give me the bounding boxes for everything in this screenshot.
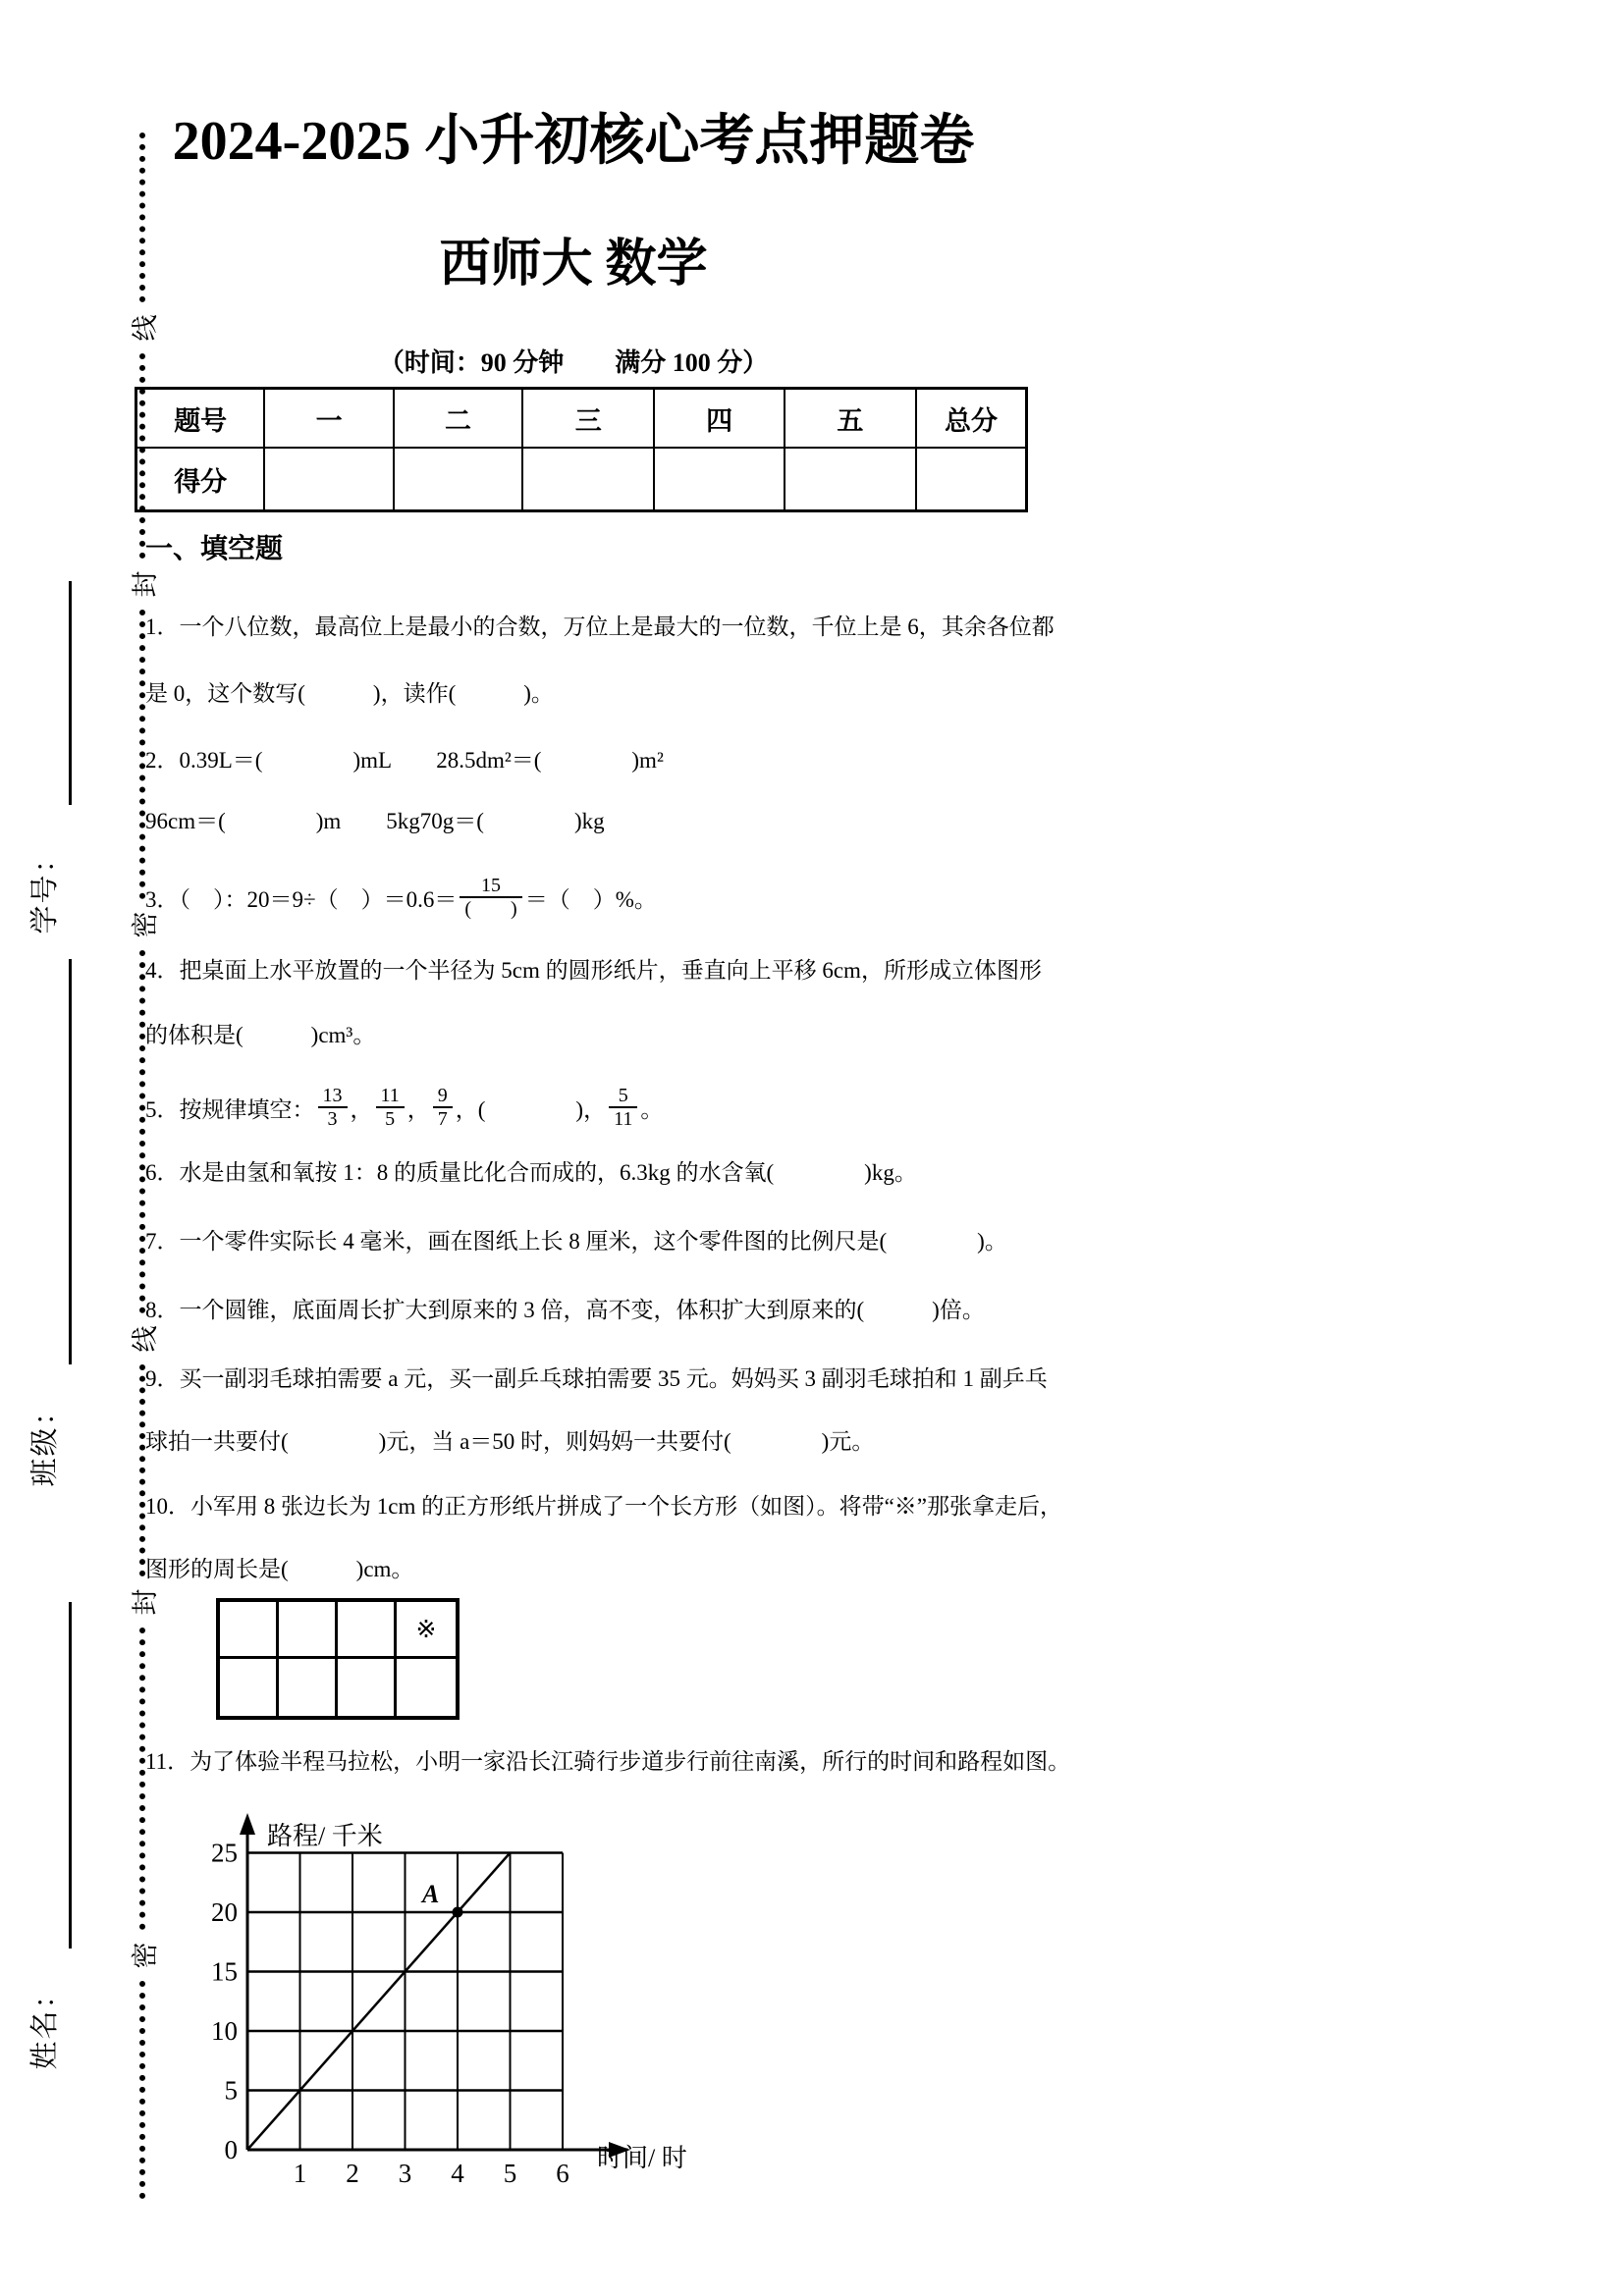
question-8: 8．一个圆锥，底面周长扩大到原来的 3 倍，高不变，体积扩大到原来的( )倍。: [145, 1294, 985, 1327]
fraction-denominator: 3: [318, 1108, 348, 1130]
x-tick-label: 4: [451, 2159, 464, 2188]
distance-line-series: [247, 1853, 511, 2151]
score-table-header-row: 题号 一 二 三 四 五 总分: [136, 389, 1027, 449]
time-and-score-note: （时间：90 分钟 满分 100 分）: [145, 344, 1001, 383]
x-axis-title: 时间/ 时: [597, 2144, 687, 2172]
grid-cell: [397, 1659, 456, 1716]
fraction-numerator: 11: [376, 1085, 405, 1108]
x-tick-label: 6: [556, 2159, 569, 2188]
question-2-line-1: 2．0.39L＝( )mL 28.5dm²＝( )m²: [145, 744, 664, 777]
score-table-header-cell: 三: [522, 389, 654, 449]
fraction-numerator: 13: [318, 1085, 348, 1108]
point-A-label: A: [420, 1880, 439, 1908]
fraction-numerator: 9: [433, 1085, 453, 1108]
score-cell: [654, 448, 784, 511]
y-tick-label: 5: [225, 2076, 239, 2106]
fraction-denominator: 7: [433, 1108, 453, 1130]
grid-cell: [338, 1602, 397, 1659]
paper-subject-title: 西师大 数学: [145, 229, 1001, 301]
paper-title: 2024-2025 小升初核心考点押题卷: [145, 101, 1001, 182]
score-table-header-cell: 二: [394, 389, 522, 449]
y-tick-label: 25: [211, 1839, 238, 1868]
question-9-line-1: 9．买一副羽毛球拍需要 a 元，买一副乒乓球拍需要 35 元。妈妈买 3 副羽毛…: [145, 1362, 1048, 1396]
y-tick-label: 15: [211, 1957, 238, 1987]
fraction: 15( ): [460, 875, 521, 920]
class-label: 班级：: [27, 1382, 63, 1500]
fraction-numerator: 15: [460, 875, 521, 898]
name-blank-line: [69, 1602, 72, 1949]
fraction-denominator: 5: [376, 1108, 405, 1130]
section-heading: 一、填空题: [145, 532, 283, 567]
y-tick-label: 20: [211, 1897, 238, 1927]
fraction-denominator: ( ): [460, 898, 521, 920]
student-number-label: 学号：: [27, 829, 63, 947]
grid-cell: [220, 1602, 279, 1659]
grid-cell: [279, 1602, 338, 1659]
grid-cell: [220, 1659, 279, 1716]
score-table-score-row: 得分: [136, 448, 1027, 511]
name-label: 姓名：: [27, 1965, 63, 2083]
x-tick-label: 1: [294, 2159, 307, 2188]
score-table-header-cell: 四: [654, 389, 784, 449]
student-number-blank-line: [69, 581, 72, 805]
score-table-header-cell: 总分: [916, 389, 1026, 449]
question-10-line-2: 图形的周长是( )cm。: [145, 1553, 413, 1586]
score-cell: [785, 448, 916, 511]
question-1-line-2: 是 0，这个数写( )，读作( )。: [145, 677, 554, 711]
score-table: 题号 一 二 三 四 五 总分 得分: [135, 387, 1028, 512]
score-cell: [394, 448, 522, 511]
class-blank-line: [69, 959, 72, 1364]
fraction: 115: [376, 1085, 405, 1130]
question-10-grid-figure: ※: [216, 1598, 460, 1720]
question-4-line-2: 的体积是( )cm³。: [145, 1019, 375, 1052]
score-cell: [522, 448, 654, 511]
y-axis-title: 路程/ 千米: [267, 1822, 383, 1850]
grid-cell: [279, 1659, 338, 1716]
x-tick-label: 5: [504, 2159, 517, 2188]
separator: ，: [351, 1092, 373, 1124]
score-cell: [916, 448, 1026, 511]
fraction-numerator: 5: [609, 1085, 637, 1108]
score-table-header-cell: 五: [785, 389, 916, 449]
question-3-prefix: 3．（ ）：20＝9÷（ ）＝0.6＝: [145, 881, 457, 914]
question-5: 5．按规律填空：133，115，97，( )，511。: [145, 1070, 663, 1145]
question-5-prefix: 5．按规律填空：: [145, 1092, 315, 1124]
fraction: 511: [609, 1085, 637, 1130]
data-point-A: [453, 1907, 463, 1918]
exam-paper-page: 学号： 班级： 姓名： 线 封 密 线 封 密 2024-2025 小升初核心考…: [0, 0, 1624, 2296]
fraction: 133: [318, 1085, 348, 1130]
question-11: 11．为了体验半程马拉松，小明一家沿长江骑行步道步行前往南溪，所行的时间和路程如…: [145, 1745, 1070, 1779]
y-tick-label: 0: [225, 2135, 239, 2164]
grid-cell: [338, 1659, 397, 1716]
fraction: 97: [433, 1085, 453, 1130]
score-table-header-cell: 一: [264, 389, 393, 449]
distance-time-line-chart: A 路程/ 千米 时间/ 时 0 5 10 15 20 25 1 2 3 4 5…: [177, 1811, 736, 2204]
separator: ，: [407, 1092, 430, 1124]
fraction-denominator: 11: [609, 1108, 637, 1130]
main-content: 2024-2025 小升初核心考点押题卷 西师大 数学 （时间：90 分钟 满分…: [145, 0, 1039, 2296]
question-7: 7．一个零件实际长 4 毫米，画在图纸上长 8 厘米，这个零件图的比例尺是( )…: [145, 1225, 1007, 1258]
question-4-line-1: 4．把桌面上水平放置的一个半径为 5cm 的圆形纸片，垂直向上平移 6cm，所形…: [145, 954, 1042, 988]
question-9-line-2: 球拍一共要付( )元，当 a＝50 时，则妈妈一共要付( )元。: [145, 1425, 874, 1459]
question-3: 3．（ ）：20＝9÷（ ）＝0.6＝15( )＝（ ）%。: [145, 860, 657, 934]
question-1-line-1: 1．一个八位数，最高位上是最小的合数，万位上是最大的一位数，千位上是 6，其余各…: [145, 611, 1055, 644]
grid-cell-star: ※: [397, 1602, 456, 1659]
x-tick-label: 3: [399, 2159, 412, 2188]
question-5-blank: ，( )，: [456, 1092, 606, 1124]
score-row-label: 得分: [136, 448, 265, 511]
question-6: 6．水是由氢和氧按 1：8 的质量比化合而成的，6.3kg 的水含氧( )kg。: [145, 1156, 917, 1190]
question-10-line-1: 10．小军用 8 张边长为 1cm 的正方形纸片拼成了一个长方形（如图）。将带“…: [145, 1490, 1062, 1523]
question-2-line-2: 96cm＝( )m 5kg70g＝( )kg: [145, 805, 605, 838]
y-tick-label: 10: [211, 2016, 238, 2046]
x-tick-label: 2: [346, 2159, 359, 2188]
score-table-header-cell: 题号: [136, 389, 265, 449]
question-5-end: 。: [640, 1092, 663, 1124]
y-axis-arrow-icon: [240, 1813, 255, 1835]
score-cell: [264, 448, 393, 511]
question-3-suffix: ＝（ ）%。: [525, 881, 657, 914]
